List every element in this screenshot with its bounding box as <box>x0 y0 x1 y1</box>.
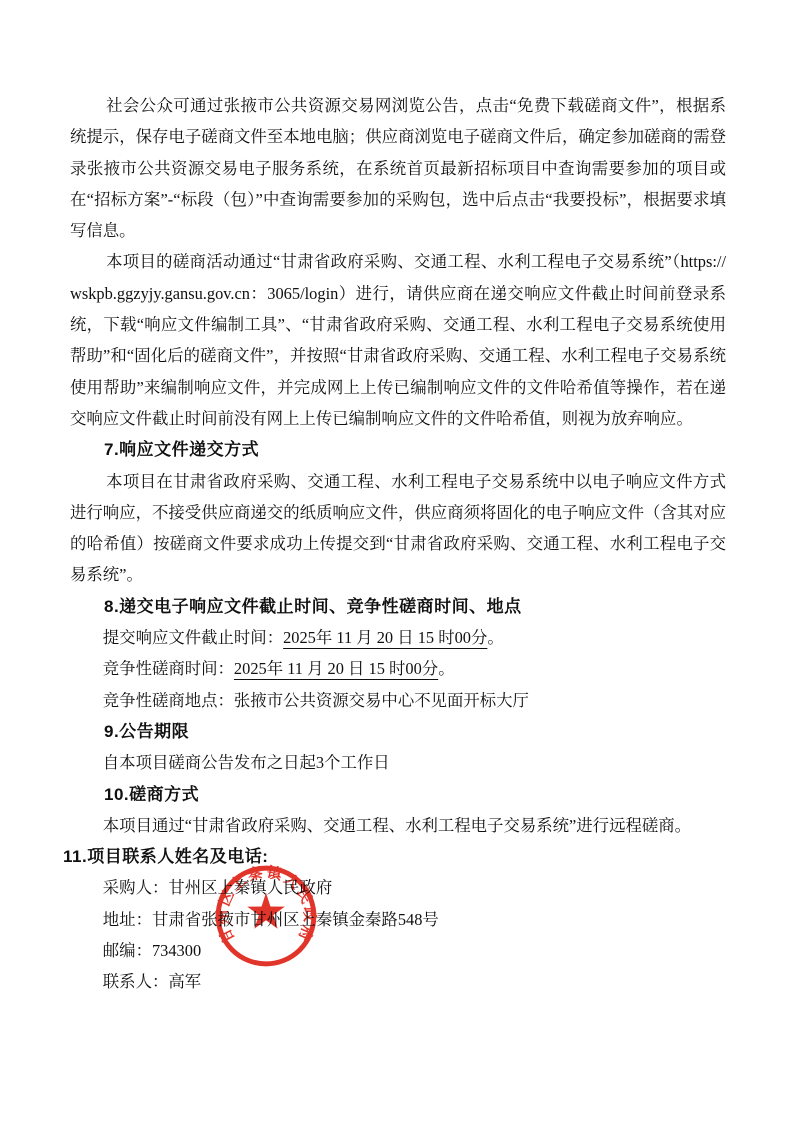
document-page: 社会公众可通过张掖市公共资源交易网浏览公告，点击“免费下载磋商文件”，根据系统提… <box>0 0 794 1123</box>
consult-time-suffix: 。 <box>438 659 454 678</box>
address-value: 甘肃省张掖市甘州区上秦镇金秦路548号 <box>152 910 439 929</box>
para-esystem-instructions: 本项目的磋商活动通过“甘肃省政府采购、交通工程、水利工程电子交易系统”（http… <box>70 246 726 434</box>
section-8-heading: 8.递交电子响应文件截止时间、竞争性磋商时间、地点 <box>70 591 726 622</box>
section-7-body: 本项目在甘肃省政府采购、交通工程、水利工程电子交易系统中以电子响应文件方式进行响… <box>70 466 726 591</box>
contact-line: 联系人：高军 <box>70 966 726 997</box>
address-line: 地址：甘肃省张掖市甘州区上秦镇金秦路548号 <box>70 904 726 935</box>
para-public-notice: 社会公众可通过张掖市公共资源交易网浏览公告，点击“免费下载磋商文件”，根据系统提… <box>70 90 726 246</box>
section-9-body: 自本项目磋商公告发布之日起3个工作日 <box>70 747 726 778</box>
consult-time-value: 2025年 11 月 20 日 15 时00分 <box>234 659 438 678</box>
section-11-heading: 11.项目联系人姓名及电话: <box>63 841 726 872</box>
section-10-body: 本项目通过“甘肃省政府采购、交通工程、水利工程电子交易系统”进行远程磋商。 <box>70 810 726 841</box>
section-9-heading: 9.公告期限 <box>70 716 726 747</box>
address-label: 地址： <box>103 910 152 929</box>
consult-place-value: 张掖市公共资源交易中心不见面开标大厅 <box>234 691 529 710</box>
submit-deadline-label: 提交响应文件截止时间： <box>103 628 283 647</box>
contact-label: 联系人： <box>103 972 169 991</box>
consult-time-label: 竞争性磋商时间： <box>103 659 234 678</box>
contact-value: 高军 <box>168 972 201 991</box>
postcode-label: 邮编： <box>103 941 152 960</box>
consult-place-label: 竞争性磋商地点： <box>103 691 234 710</box>
consult-place-line: 竞争性磋商地点：张掖市公共资源交易中心不见面开标大厅 <box>70 685 726 716</box>
buyer-label: 采购人： <box>103 878 169 897</box>
postcode-line: 邮编：734300 <box>70 935 726 966</box>
postcode-value: 734300 <box>152 941 201 960</box>
submit-deadline-line: 提交响应文件截止时间：2025年 11 月 20 日 15 时00分。 <box>70 622 726 653</box>
submit-deadline-value: 2025年 11 月 20 日 15 时00分 <box>283 628 487 647</box>
section-7-heading: 7.响应文件递交方式 <box>70 434 726 465</box>
section-10-heading: 10.磋商方式 <box>70 779 726 810</box>
buyer-line: 采购人：甘州区上秦镇人民政府 <box>70 872 726 903</box>
submit-deadline-suffix: 。 <box>487 628 503 647</box>
consult-time-line: 竞争性磋商时间：2025年 11 月 20 日 15 时00分。 <box>70 653 726 684</box>
buyer-value: 甘州区上秦镇人民政府 <box>168 878 332 897</box>
